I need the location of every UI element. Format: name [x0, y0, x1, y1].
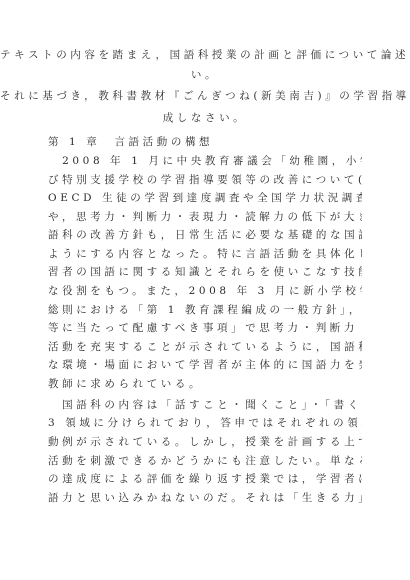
body-line: の達成度による評価を繰り返す授業では，学習者は外言操作の能力を国 [48, 472, 362, 486]
prompt-line: 成しなさい。 [0, 111, 410, 125]
body-line: な環境・場面において学習者が主体的に国語力を発揮できる授業作りが [48, 358, 362, 372]
prompt-line: テキストの内容を踏まえ，国語科授業の計画と評価について論述しなさ [0, 48, 410, 62]
prompt-line: い。 [0, 68, 410, 82]
document-page: テキストの内容を踏まえ，国語科授業の計画と評価について論述しなさ い。 それに基… [0, 0, 410, 580]
body-line: 国語科の内容は「話すこと・聞くこと」・「書くこと」・「読むこと」の [48, 398, 362, 412]
body-line: 語科の改善方針も，日常生活に必要な基礎的な国語の能力を身につける [48, 228, 362, 242]
body-line: び特別支援学校の学習指導要領等の改善について(答申)」が出され， [48, 173, 362, 187]
body-line: ようにする内容となった。特に言語活動を具体化し充実することは，学 [48, 247, 362, 261]
body-line: な役割をもつ。また，2008 年 3 月に新小学校学習指導要領が告示され， [48, 284, 362, 298]
body-line: 3 領域に分けられており，答申ではそれぞれの領域の指導事項と言語活 [48, 416, 362, 430]
chapter-heading: 第 1 章 言語活動の構想 [48, 135, 362, 149]
body-line: 等に当たって配慮すべき事項」で思考力・判断力・表現力の育成や言語 [48, 321, 362, 335]
body-line: 活動を刺激できるかどうかにも注意したい。単なる課題の提示と，課題 [48, 454, 362, 468]
body-line: 活動を充実することが示されているように，国語科だけに留まらず様々 [48, 340, 362, 354]
body-line: 2008 年 1 月に中央教育審議会「幼稚園，小学校，中学校，高等学校及 [48, 154, 362, 168]
body-line: 教師に求められている。 [48, 377, 362, 391]
body-line: 動例が示されている。しかし，授業を計画する上では学習者の内的言語 [48, 435, 362, 449]
body-line: OECD 生徒の学習到達度調査や全国学力状況調査で判明した学力の低下 [48, 191, 362, 205]
body-line: や，思考力・判断力・表現力・読解力の低下が大きな課題となった。国 [48, 210, 362, 224]
body-line: 習者の国語に関する知識とそれらを使いこなす技能を習熟する上で重要 [48, 265, 362, 279]
prompt-line: それに基づき，教科書教材『ごんぎつね(新美南吉)』の学習指導案を作 [0, 89, 410, 103]
body-line: 語力と思い込みかねないのだ。それは「生きる力」における「豊かな人 [48, 491, 362, 505]
body-line: 総則における「第 1 教育課程編成の一般方針」，「第 4 指導計画の作成 [48, 303, 362, 317]
